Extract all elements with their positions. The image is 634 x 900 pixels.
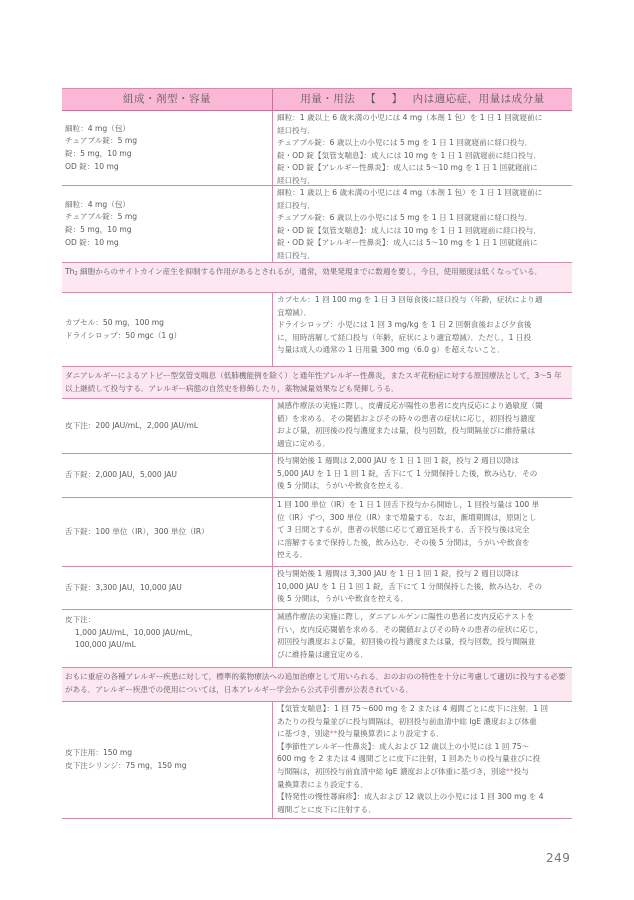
table-note-row: おもに重症の各種アレルギー疾患に対して，標準的薬物療法への追加治療として用いられ… bbox=[62, 668, 572, 702]
header-composition: 組成・剤型・容量 bbox=[62, 89, 272, 110]
drug-dosage-table: 組成・剤型・容量 用量・用法 【 】 内は適応症，用量は成分量 細粒：4 mg（… bbox=[62, 88, 572, 819]
composition-cell: 皮下注：200 JAU/mL，2,000 JAU/mL bbox=[62, 399, 272, 453]
note-text: おもに重症の各種アレルギー疾患に対して，標準的薬物療法への追加治療として用いられ… bbox=[62, 668, 572, 701]
header-col2-bracket: 【 】 bbox=[365, 93, 402, 106]
table-row: 皮下注：200 JAU/mL，2,000 JAU/mL 減感作療法の実施に際し，… bbox=[62, 399, 572, 454]
note-text: Th2 細胞からのサイトカイン産生を抑制する作用があるとされるが，通常，効果発現… bbox=[62, 263, 572, 292]
dosage-cell: 細粒：1 歳以上 6 歳未満の小児には 4 mg（本剤 1 包）を 1 日 1 … bbox=[272, 186, 572, 262]
composition-cell: 皮下注用：150 mg皮下注シリンジ：75 mg，150 mg bbox=[62, 702, 272, 818]
composition-cell: 皮下注： 1,000 JAU/mL，10,000 JAU/mL， 100,000… bbox=[62, 610, 272, 667]
dosage-cell: 投与開始後 1 週間は 3,300 JAU を 1 日 1 回 1 錠，投与 2… bbox=[272, 567, 572, 609]
header-col2-suffix: 内は適応症，用量は成分量 bbox=[413, 93, 545, 106]
table-row: 皮下注用：150 mg皮下注シリンジ：75 mg，150 mg 【気管支喘息】：… bbox=[62, 702, 572, 819]
dosage-cell: 【気管支喘息】：1 回 75〜600 mg を 2 または 4 週間ごとに皮下に… bbox=[272, 702, 572, 818]
dosage-cell: 投与開始後 1 週間は 2,000 JAU を 1 日 1 回 1 錠，投与 2… bbox=[272, 454, 572, 497]
composition-cell: 細粒：4 mg（包）チュアブル錠：5 mg錠：5 mg，10 mgOD 錠：10… bbox=[62, 111, 272, 185]
header-col1-label: 組成・剤型・容量 bbox=[123, 93, 211, 106]
dosage-cell: カプセル：1 回 100 mg を 1 日 3 回毎食後に経口投与（年齢，症状に… bbox=[272, 293, 572, 366]
header-col2-prefix: 用量・用法 bbox=[300, 93, 355, 106]
table-row: 細粒：4 mg（包）チュアブル錠：5 mg錠：5 mg，10 mgOD 錠：10… bbox=[62, 186, 572, 263]
table-row: カプセル：50 mg，100 mgドライシロップ：50 mgc（1 g） カプセ… bbox=[62, 293, 572, 367]
composition-cell: カプセル：50 mg，100 mgドライシロップ：50 mgc（1 g） bbox=[62, 293, 272, 366]
table-row: 舌下錠：2,000 JAU，5,000 JAU 投与開始後 1 週間は 2,00… bbox=[62, 454, 572, 498]
table-row: 舌下錠：3,300 JAU，10,000 JAU 投与開始後 1 週間は 3,3… bbox=[62, 567, 572, 610]
dosage-cell: 1 回 100 単位（IR）を 1 日 1 回舌下投与から開始し，1 回投与量は… bbox=[272, 498, 572, 566]
table-note-row: Th2 細胞からのサイトカイン産生を抑制する作用があるとされるが，通常，効果発現… bbox=[62, 263, 572, 293]
footnote-ref: ** bbox=[506, 767, 514, 776]
table-row: 皮下注： 1,000 JAU/mL，10,000 JAU/mL， 100,000… bbox=[62, 610, 572, 668]
page-number: 249 bbox=[546, 851, 570, 865]
header-dosage: 用量・用法 【 】 内は適応症，用量は成分量 bbox=[272, 89, 572, 110]
composition-cell: 舌下錠：3,300 JAU，10,000 JAU bbox=[62, 567, 272, 609]
dosage-cell: 減感作療法の実施に際し，ダニアレルゲンに陽性の患者に皮内反応テストを行い，皮内反… bbox=[272, 610, 572, 667]
dosage-cell: 細粒：1 歳以上 6 歳未満の小児には 4 mg（本剤 1 包）を 1 日 1 … bbox=[272, 111, 572, 185]
composition-cell: 舌下錠：2,000 JAU，5,000 JAU bbox=[62, 454, 272, 497]
table-row: 舌下錠：100 単位（IR），300 単位（IR） 1 回 100 単位（IR）… bbox=[62, 498, 572, 567]
dosage-cell: 減感作療法の実施に際し，皮膚反応が陽性の患者に皮内反応により過敏度（閾値）を求め… bbox=[272, 399, 572, 453]
composition-cell: 細粒：4 mg（包）チュアブル錠：5 mg錠：5 mg，10 mgOD 錠：10… bbox=[62, 186, 272, 262]
table-note-row: ダニアレルギーによるアトピー型気管支喘息（低肺機能例を除く）と通年性アレルギー性… bbox=[62, 367, 572, 399]
table-header-row: 組成・剤型・容量 用量・用法 【 】 内は適応症，用量は成分量 bbox=[62, 89, 572, 111]
note-text: ダニアレルギーによるアトピー型気管支喘息（低肺機能例を除く）と通年性アレルギー性… bbox=[62, 367, 572, 398]
composition-cell: 舌下錠：100 単位（IR），300 単位（IR） bbox=[62, 498, 272, 566]
table-row: 細粒：4 mg（包）チュアブル錠：5 mg錠：5 mg，10 mgOD 錠：10… bbox=[62, 111, 572, 186]
